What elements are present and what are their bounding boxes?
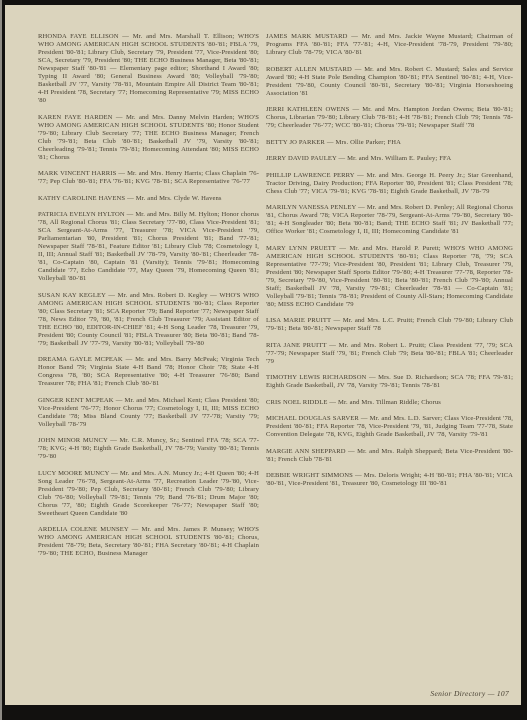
directory-entry: RITA JANE PRUITT — Mr. and Mrs. Robert L… [266, 342, 513, 366]
directory-entry: KAREN FAYE HARDEN — Mr. and Mrs. Danny M… [38, 114, 259, 162]
directory-entry: DEBBIE WRIGHT SIMMONS — Mrs. Deloris Wri… [266, 472, 513, 488]
directory-entry: CRIS NOEL RIDDLE — Mr. and Mrs. Tillman … [266, 399, 513, 407]
directory-entry: RHONDA FAYE ELLISON — Mr. and Mrs. Marsh… [38, 33, 259, 105]
directory-entry: JERRI KATHLEEN OWENS — Mr. and Mrs. Hamp… [266, 106, 513, 130]
directory-column-right: JAMES MARK MUSTARD — Mr. and Mrs. Jackie… [266, 33, 513, 497]
yearbook-page: RHONDA FAYE ELLISON — Mr. and Mrs. Marsh… [5, 5, 521, 705]
directory-entry: DREAMA GAYLE MCPEAK — Mr. and Mrs. Barry… [38, 356, 259, 388]
directory-entry: PATRICIA EVELYN HYLTON — Mr. and Mrs. Bi… [38, 211, 259, 283]
directory-entry: ARDELIA COLENE MUNSEY — Mr. and Mrs. Jam… [38, 526, 259, 558]
directory-entry: PHILLIP LAWRENCE PERRY — Mr. and Mrs. Ge… [266, 172, 513, 196]
directory-entry: JOHN MINOR MUNCY — Mr. C.R. Muncy, Sr.; … [38, 437, 259, 461]
directory-entry: BETTY JO PARKER — Mrs. Ollie Parker; FHA [266, 139, 513, 147]
directory-entry: MARY LYNN PRUETT — Mr. and Mrs. Harold P… [266, 245, 513, 309]
page-footer: Senior Directory — 107 [430, 689, 509, 698]
directory-entry: MARK VINCENT HARRIS — Mr. and Mrs. Henry… [38, 170, 259, 186]
directory-entry: MARILYN VANESSA PENLEY — Mr. and Mrs. Ro… [266, 204, 513, 236]
directory-entry: LUCY MOORE MUNCY — Mr. and Mrs. A.N. Mun… [38, 470, 259, 518]
directory-column-left: RHONDA FAYE ELLISON — Mr. and Mrs. Marsh… [38, 33, 259, 567]
directory-entry: TIMOTHY LEWIS RICHARDSON — Mrs. Sue D. R… [266, 374, 513, 390]
directory-entry: GINGER KENT MCPEAK — Mr. and Mrs. Michae… [38, 397, 259, 429]
directory-entry: MARGIE ANN SHEPPARD — Mr. and Mrs. Ralph… [266, 448, 513, 464]
directory-entry: MICHAEL DOUGLAS SARVER — Mr. and Mrs. L.… [266, 415, 513, 439]
directory-entry: ROBERT ALLEN MUSTARD — Mr. and Mrs. Robe… [266, 66, 513, 98]
directory-columns: RHONDA FAYE ELLISON — Mr. and Mrs. Marsh… [38, 33, 513, 567]
directory-entry: KATHY CAROLINE HAVENS — Mr. and Mrs. Cly… [38, 195, 259, 203]
directory-entry: JERRY DAVID PAULEY — Mr. and Mrs. Willia… [266, 155, 513, 163]
directory-entry: LISA MARIE PRUITT — Mr. and Mrs. L.C. Pr… [266, 317, 513, 333]
page-frame: RHONDA FAYE ELLISON — Mr. and Mrs. Marsh… [0, 0, 527, 720]
directory-entry: JAMES MARK MUSTARD — Mr. and Mrs. Jackie… [266, 33, 513, 57]
directory-entry: SUSAN KAY KEGLEY — Mr. and Mrs. Robert D… [38, 292, 259, 348]
